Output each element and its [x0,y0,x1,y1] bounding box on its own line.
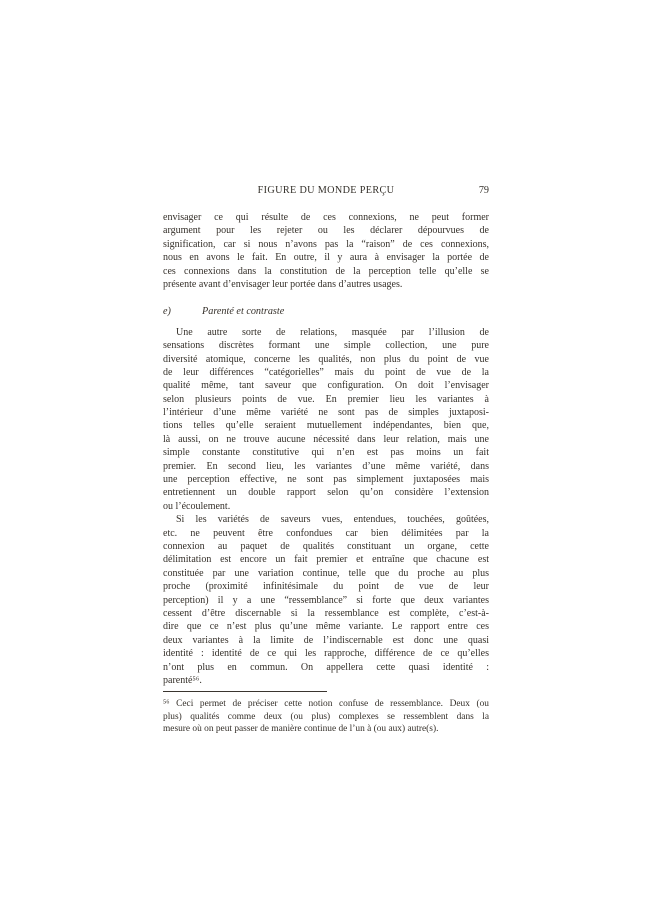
footnote-56: ⁵⁶ Ceci permet de préciser cette notion … [163,699,489,737]
page-number: 79 [479,185,489,196]
paragraph-2: Une autre sorte de relations, masquée pa… [163,327,489,514]
text-line: envisager ce qui résulte de ces connexio… [163,212,489,225]
text-line: présente avant d’envisager leur portée d… [163,279,489,292]
text-line: entretiennent un double rapport selon qu… [163,487,489,500]
paragraph-3: Si les variétés de saveurs vues, entendu… [163,514,489,688]
text-line: ou l’écoulement. [163,501,489,514]
text-column: FIGURE DU MONDE PERÇU 79 envisager ce qu… [163,185,489,737]
book-page: FIGURE DU MONDE PERÇU 79 envisager ce qu… [0,0,650,920]
text-line: de leur différences “catégorielles” mais… [163,367,489,380]
text-line: connexion au paquet de qualités constitu… [163,541,489,554]
text-line: Si les variétés de saveurs vues, entendu… [163,514,489,527]
text-line: simple constante constitutive qui n’en e… [163,447,489,460]
text-line: ⁵⁶ Ceci permet de préciser cette notion … [163,699,489,712]
text-line: signification, car si nous n’avons pas l… [163,239,489,252]
text-line: perception) il y a une “ressemblance” si… [163,595,489,608]
text-line: premier. En second lieu, les variantes d… [163,461,489,474]
text-line: etc. ne peuvent être confondues car bien… [163,528,489,541]
text-line: qualité même, tant saveur que configurat… [163,380,489,393]
text-line: sensations discrètes formant une simple … [163,340,489,353]
text-line: là aussi, on ne trouve aucune nécessité … [163,434,489,447]
text-line: ces connexions dans la constitution de l… [163,266,489,279]
running-header: FIGURE DU MONDE PERÇU 79 [163,185,489,198]
text-line: argument pour les rejeter ou les déclare… [163,225,489,238]
footnote-rule [163,691,327,692]
text-line: délimitation est encore un fait premier … [163,554,489,567]
text-line: selon plusieurs points de vue. En premie… [163,394,489,407]
text-line: Une autre sorte de relations, masquée pa… [163,327,489,340]
section-heading-title: Parenté et contraste [202,306,284,317]
text-line: identité : identité de ce qui les rappro… [163,648,489,661]
text-line: dire que ce n’est plus qu’une même varia… [163,621,489,634]
text-line: diversité atomique, concerne les qualité… [163,354,489,367]
section-heading-label: e) [163,306,202,317]
text-line: n’ont plus en commun. On appellera cette… [163,662,489,675]
text-line: une perception effective, ne sont pas si… [163,474,489,487]
text-line: mesure où on peut passer de manière cont… [163,724,489,737]
section-heading: e)Parenté et contraste [163,306,489,319]
text-line: deux variantes à la limite de l’indiscer… [163,635,489,648]
running-header-title: FIGURE DU MONDE PERÇU [163,185,489,196]
text-line: constituée par une variation continue, t… [163,568,489,581]
text-line: proche (proximité infinitésimale du poin… [163,581,489,594]
text-line: parenté⁵⁶. [163,675,489,688]
paragraph-1: envisager ce qui résulte de ces connexio… [163,212,489,292]
text-line: tions telles qu’elle seraient mutuelleme… [163,420,489,433]
text-line: plus) qualités comme deux (ou plus) comp… [163,712,489,725]
text-line: nous en avons le fait. En outre, il y au… [163,252,489,265]
text-line: cessent d’être discernable si la ressemb… [163,608,489,621]
text-line: l’intérieur d’une même variété ne sont p… [163,407,489,420]
